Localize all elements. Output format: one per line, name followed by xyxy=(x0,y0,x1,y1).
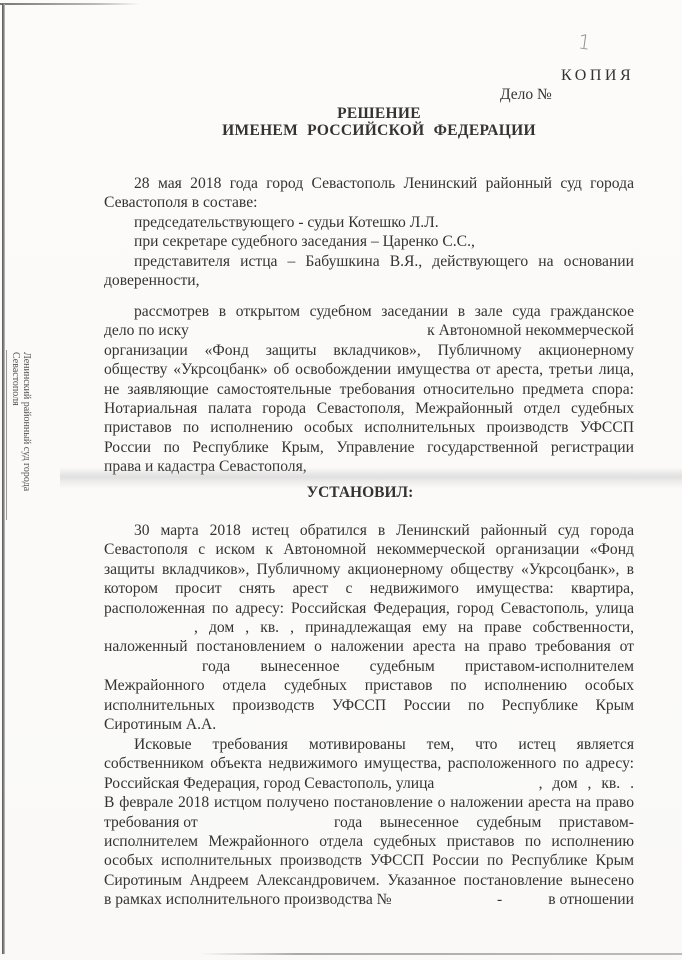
document-title: РЕШЕНИЕ xyxy=(38,105,682,123)
text-line: Севастополя в составе: xyxy=(104,193,634,212)
text-line: Межрайонного отдела судебных приставов п… xyxy=(104,676,634,695)
text-line: права и кадастра Севастополя, xyxy=(104,457,634,476)
text-line: доверенности, xyxy=(104,271,634,290)
text-line: Нотариальная палата города Севастополя, … xyxy=(104,399,634,418)
handwritten-page-number: 1 xyxy=(576,29,592,55)
text-line: Исковые требования мотивированы тем, что… xyxy=(104,735,634,754)
text-line-with-blank: , дом , кв. , принадлежащая ему на праве… xyxy=(104,618,634,637)
text-line: организации «Фонд защиты вкладчиков», Пу… xyxy=(104,341,634,360)
text-line-with-blank: года вынесенное судебным приставом-испол… xyxy=(104,657,634,676)
text-fragment: года вынесенное судебным приставом- xyxy=(334,813,634,832)
text-line-with-blank: дело по иску к Автономной некоммерческой xyxy=(104,321,634,340)
document-page: Ленинский районный суд города Севастопол… xyxy=(0,0,682,960)
text-line: 30 марта 2018 истец обратился в Ленински… xyxy=(104,521,634,540)
considered-paragraph: рассмотрев в открытом судебном заседании… xyxy=(104,302,634,477)
established-paragraph-1: 30 марта 2018 истец обратился в Ленински… xyxy=(104,521,634,734)
text-fragment: , дом , кв. . xyxy=(539,774,634,793)
text-line: председательствующего - судьи Котешко Л.… xyxy=(104,213,634,232)
text-fragment: в отношении xyxy=(548,890,634,909)
page-edge-top xyxy=(0,3,140,5)
text-line: особых исполнительных производств УФССП … xyxy=(104,851,634,870)
text-line: наложенный постановлением о наложении ар… xyxy=(104,637,634,656)
section-heading-established: УСТАНОВИЛ: xyxy=(0,484,682,502)
text-line: исполнительных производств УФССП России … xyxy=(104,696,634,715)
text-line: представителя истца – Бабушкина В.Я., де… xyxy=(104,252,634,271)
margin-stamp-text: Ленинский районный суд города Севастопол… xyxy=(8,352,32,502)
text-line-with-blank: Российская Федерация, город Севастополь,… xyxy=(104,774,634,793)
text-line: приставов по исполнению особых исполните… xyxy=(104,418,634,437)
text-line-with-blank: требования от года вынесенное судебным п… xyxy=(104,813,634,832)
text-fragment: дело по иску xyxy=(104,321,189,340)
text-line: котором просит снять арест с недвижимого… xyxy=(104,579,634,598)
text-fragment: Российская Федерация, город Севастополь,… xyxy=(104,774,434,793)
text-line: обществу «Укрсоцбанк» об освобождении им… xyxy=(104,360,634,379)
text-line: расположенная по адресу: Российская Феде… xyxy=(104,599,634,618)
page-edge-bottom xyxy=(200,953,682,955)
text-line: 28 мая 2018 года город Севастополь Ленин… xyxy=(104,174,634,193)
intro-paragraph: 28 мая 2018 года город Севастополь Ленин… xyxy=(104,174,634,290)
text-fragment: - xyxy=(497,890,502,909)
text-line: Севастополя с иском к Автономной некомме… xyxy=(104,540,634,559)
text-line: собственником объекта недвижимого имущес… xyxy=(104,754,634,773)
copy-mark: КОПИЯ xyxy=(561,67,634,85)
document-subtitle: ИМЕНЕМ РОССИЙСКОЙ ФЕДЕРАЦИИ xyxy=(38,122,682,140)
text-line: В феврале 2018 истцом получено постановл… xyxy=(104,793,634,812)
established-paragraph-2: Исковые требования мотивированы тем, что… xyxy=(104,735,634,910)
text-line: рассмотрев в открытом судебном заседании… xyxy=(104,302,634,321)
text-line: исполнителем Межрайонного отдела судебны… xyxy=(104,832,634,851)
page-edge-left xyxy=(2,4,5,954)
text-fragment: в рамках исполнительного производства № xyxy=(104,890,392,909)
text-fragment: требования от xyxy=(104,813,198,832)
text-line: Сиротиным Андреем Александровичем. Указа… xyxy=(104,871,634,890)
case-number-label: Дело № xyxy=(500,86,552,104)
text-line: при секретаре судебного заседания – Царе… xyxy=(104,232,634,251)
text-line: России по Республике Крым, Управление го… xyxy=(104,438,634,457)
text-line: Сиротиным А.А. xyxy=(104,715,634,734)
text-line-with-blank: в рамках исполнительного производства № … xyxy=(104,890,634,909)
text-line: защиты вкладчиков», Публичному акционерн… xyxy=(104,560,634,579)
text-fragment: к Автономной некоммерческой xyxy=(427,321,634,340)
text-line: не заявляющие самостоятельные требования… xyxy=(104,380,634,399)
